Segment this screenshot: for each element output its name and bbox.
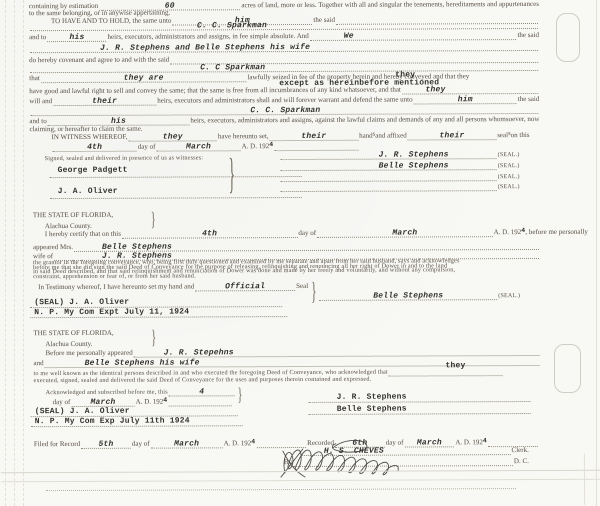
- form-text: , before me personally: [525, 229, 588, 237]
- grantee-name: C. C Sparkman: [200, 64, 265, 72]
- state-heading: THE STATE OF FLORIDA,: [33, 330, 113, 338]
- form-text: Alachua County.: [45, 341, 92, 349]
- typed-day: 4th: [87, 144, 102, 152]
- notary-commission-rule: N. P. My Com Expt July 11, 1924: [30, 306, 287, 318]
- typed-entry: they are: [124, 75, 164, 83]
- typed-day: 4th: [202, 230, 217, 238]
- form-text: constraint, apprehension or fear of, or …: [33, 273, 196, 281]
- grantor-signature: Belle Stephens: [379, 162, 449, 170]
- testimony-brace: }: [311, 281, 316, 306]
- typed-year: 4: [483, 438, 487, 445]
- typed-insertion-they: they: [445, 362, 465, 370]
- form-text: and affixed: [375, 133, 407, 141]
- grantee-name: C. C. Sparkman: [250, 107, 320, 115]
- blank-line: Belle Stephens: [281, 162, 497, 171]
- blank-line: they: [128, 133, 216, 141]
- county-heading: Alachua County.: [45, 341, 92, 349]
- plural-s: s: [508, 130, 511, 137]
- blank-line: J. R. Stephens and Belle Stephens his wi…: [30, 43, 538, 53]
- signature-rule: Belle Stephens: [309, 403, 531, 415]
- form-text: Signed, sealed and delivered in presence…: [45, 155, 204, 163]
- form-text: will and: [29, 98, 52, 106]
- state-brace: }: [151, 212, 156, 232]
- line-testimony: In Testimony whereof, I have hereunto se…: [38, 283, 308, 292]
- blank-line: 4: [169, 388, 235, 396]
- blank-line: their: [53, 98, 156, 106]
- form-text: hand: [359, 133, 373, 141]
- form-text: have good and lawful right to sell and c…: [29, 87, 401, 96]
- line-in-witness: IN WITNESS WHEREOF, they have hereunto s…: [51, 132, 529, 142]
- form-text: day of: [132, 441, 150, 449]
- typed-entry: their: [301, 133, 326, 141]
- form-text: day of: [298, 230, 316, 238]
- grantor-signature: J. R. Stephens: [337, 394, 407, 402]
- form-text: acres of land, more or less. Together wi…: [241, 1, 539, 10]
- grantor-signature: Belle Stephens: [337, 406, 407, 414]
- plural-s: s: [373, 131, 376, 138]
- typed-month: March: [174, 440, 199, 448]
- clerk-signature: [277, 436, 437, 479]
- signature-row: J. R. Stephens (SEAL.): [280, 151, 520, 160]
- form-text: Seal: [296, 283, 308, 291]
- typed-year: 4: [521, 228, 525, 235]
- blank-line: [281, 173, 497, 182]
- form-text: Filed for Record: [34, 441, 80, 449]
- form-text: Before me personally appeared: [45, 350, 132, 358]
- blank-line: they: [402, 86, 469, 94]
- blank-line: [281, 183, 497, 192]
- typed-entry: him: [458, 96, 473, 104]
- clerk-label: Clerk.: [512, 447, 529, 455]
- form-text: the said: [518, 96, 540, 104]
- typed-official: Official: [225, 283, 265, 291]
- line-deed-date: 4th day of March A. D. 192 4: [52, 143, 360, 152]
- signature-row: Belle Stephens (SEAL.): [280, 162, 520, 171]
- acknowledge-paragraph-line: executed, signed, sealed and delivered t…: [34, 377, 372, 385]
- blank-line: their: [408, 132, 496, 140]
- blank-line: [274, 143, 358, 151]
- appeared-name: Belle Stephens his wife: [85, 359, 200, 368]
- line-warrant: will and their heirs, executors and admi…: [29, 96, 539, 106]
- form-text: A. D. 192: [455, 440, 483, 448]
- grantors-names: J. R. Stephens and Belle Stephens his wi…: [100, 44, 310, 53]
- blank-line: Official: [195, 283, 295, 291]
- line-before-appeared: Before me personally appeared J. R. Step…: [45, 348, 540, 358]
- witness-rule: [50, 166, 302, 178]
- notary-commission: N. P. My Com Exp July 11th 1924: [35, 417, 190, 426]
- typed-month: March: [392, 229, 417, 237]
- blank-line: C. C. Sparkman: [30, 21, 538, 31]
- form-text: and: [33, 360, 43, 368]
- typed-entry: they: [425, 86, 445, 94]
- page-corner-line: [584, 454, 585, 505]
- document-content: containing by estimation 60 acres of lan…: [0, 0, 600, 506]
- form-text: have hereunto set,: [218, 133, 269, 141]
- form-text: THE STATE OF FLORIDA,: [33, 212, 113, 220]
- line-fee-simple: and to his heirs, executors, administrat…: [29, 32, 539, 42]
- seal-label: (SEAL.): [498, 184, 520, 191]
- typed-day: 4: [199, 388, 204, 396]
- blank-line: 5th: [81, 441, 131, 449]
- grantee-name: C. C. Sparkman: [197, 22, 267, 30]
- blank-line: March: [151, 440, 223, 448]
- line-certify: I hereby certify that on this 4th day of…: [45, 229, 588, 239]
- form-text: seal: [497, 132, 508, 140]
- form-text: THE STATE OF FLORIDA,: [33, 330, 113, 338]
- state-heading: THE STATE OF FLORIDA,: [33, 212, 113, 220]
- blank-line: We: [310, 32, 517, 41]
- blank-line: Belle Stephens: [319, 292, 497, 301]
- witness-attest-label: Signed, sealed and delivered in presence…: [45, 155, 204, 163]
- signature-flourish-circle: [332, 440, 367, 452]
- signature-row: (SEAL.): [280, 183, 520, 192]
- next-record-rule: [46, 488, 516, 491]
- blank-line: 4th: [53, 144, 137, 152]
- signature-row: Belle Stephens (SEAL.): [318, 292, 520, 301]
- form-text: heirs, executors, administrators and ass…: [190, 116, 539, 125]
- deed-record-scan: containing by estimation 60 acres of lan…: [0, 0, 600, 506]
- typed-entry: his: [69, 34, 84, 42]
- typed-entry: their: [439, 132, 464, 140]
- form-text: day of: [138, 144, 156, 152]
- ack-brace: }: [238, 387, 243, 406]
- grantor-signature: Belle Stephens: [373, 292, 443, 300]
- line-grantors-rule: J. R. Stephens and Belle Stephens his wi…: [29, 43, 539, 53]
- typed-month: March: [186, 143, 211, 151]
- form-text: appeared Mrs.: [33, 244, 73, 252]
- typed-entry: they: [163, 134, 183, 142]
- typed-year: 4: [269, 142, 273, 149]
- typed-year: 4: [163, 397, 167, 404]
- typed-entry: We: [344, 33, 354, 41]
- form-text: IN WITNESS WHEREOF,: [51, 134, 127, 142]
- form-text: Acknowledged and subscribed before me, t…: [46, 390, 168, 397]
- form-text: heirs, executors, administrators and ass…: [108, 33, 309, 42]
- form-text: A. D. 192: [242, 143, 270, 151]
- form-text: that: [29, 75, 40, 83]
- seal-label: (SEAL.): [498, 293, 520, 300]
- form-text: In Testimony whereof, I have hereunto se…: [38, 284, 194, 292]
- seal-label: (SEAL.): [498, 174, 520, 181]
- form-text: A. D. 192: [494, 229, 522, 237]
- blank-line: their: [270, 133, 358, 141]
- notary-commission-rule: N. P. My Com Exp July 11th 1924: [31, 415, 243, 427]
- deputy-clerk-label: D. C.: [514, 458, 529, 466]
- form-text: the said: [517, 32, 539, 40]
- state-brace: }: [151, 330, 156, 350]
- form-text: on this: [511, 132, 530, 140]
- form-text: heirs, executors and administrators shal…: [157, 97, 412, 106]
- seal-label: (SEAL.): [498, 152, 520, 159]
- blank-line: his: [47, 34, 106, 42]
- signature-rule: J. R. Stephens: [309, 391, 531, 403]
- line-grantee-rule: C. C. Sparkman: [29, 21, 539, 31]
- blank-line: they are: [41, 74, 247, 83]
- form-text: and to: [29, 34, 46, 42]
- blank-line: [471, 86, 538, 94]
- seal-label: (SEAL.): [498, 163, 520, 170]
- form-text: A. D. 192: [224, 441, 252, 449]
- blank-line: J. R. Stephens: [281, 151, 497, 160]
- blank-line: March: [317, 229, 493, 238]
- form-text: I hereby certify that on this: [45, 231, 121, 239]
- blank-line: J. R. Stepehns: [134, 348, 540, 358]
- grantor-signature: J. R. Stephens: [379, 151, 449, 159]
- signature-row: (SEAL.): [280, 173, 520, 182]
- blank-line: him: [414, 96, 517, 104]
- typed-year: 4: [251, 439, 255, 446]
- blank-line: 4th: [122, 230, 298, 239]
- line-acknowledged: Acknowledged and subscribed before me, t…: [46, 388, 236, 397]
- dower-paragraph-line: constraint, apprehension or fear of, or …: [33, 273, 196, 281]
- witness-rule: [50, 187, 302, 199]
- form-text: executed, signed, sealed and delivered t…: [34, 377, 372, 385]
- notary-commission: N. P. My Com Expt July 11, 1924: [34, 308, 189, 317]
- appeared-name: J. R. Stepehns: [164, 349, 234, 357]
- typed-entry: their: [92, 98, 117, 106]
- page-boundary-line: [1, 479, 600, 483]
- typed-day: 5th: [98, 441, 113, 449]
